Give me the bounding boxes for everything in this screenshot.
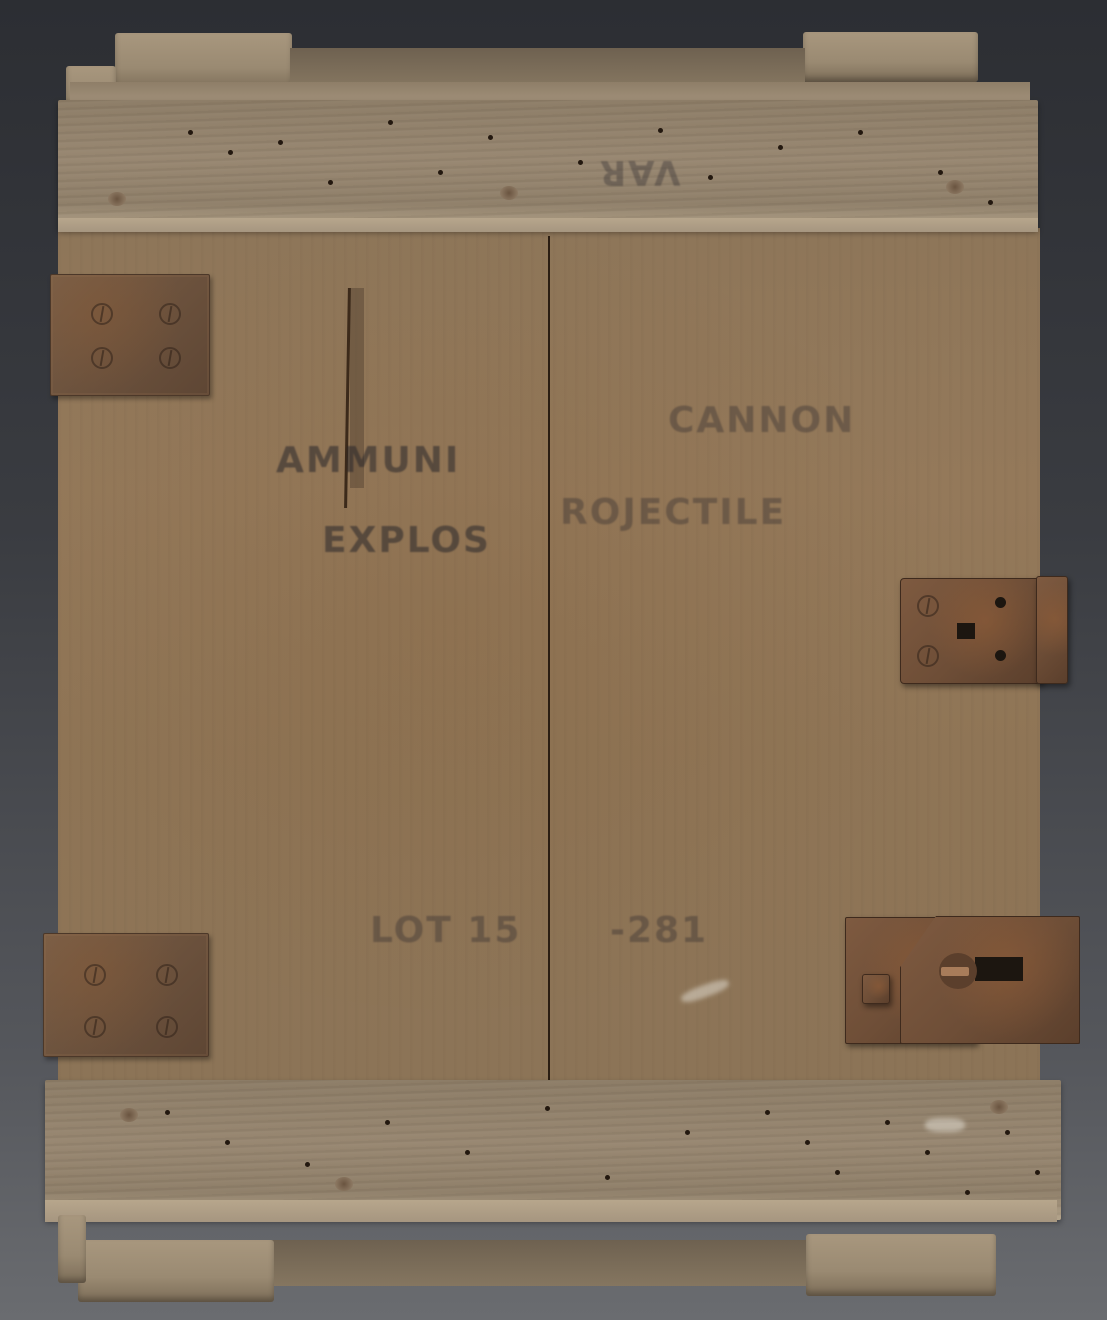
bottom-rear-rail <box>270 1240 815 1286</box>
keyhole-pin <box>941 967 969 976</box>
white-scuff <box>925 1118 965 1132</box>
screw-icon <box>156 964 178 986</box>
keyhole-slot <box>975 957 1023 981</box>
top-right-end-block <box>803 32 978 82</box>
stencil-lot-left: LOT 15 <box>370 910 521 951</box>
hasp-hinge-knuckle <box>1036 576 1068 684</box>
screw-icon <box>917 595 939 617</box>
hinge-plate-bottom-left <box>43 933 209 1057</box>
bottom-batten-lip <box>45 1200 1057 1222</box>
screw-icon <box>84 964 106 986</box>
screw-icon <box>159 347 181 369</box>
bottom-left-corner-stub <box>58 1215 86 1283</box>
stencil-line1-right: CANNON <box>668 400 855 441</box>
rivet-hole <box>995 597 1006 608</box>
hasp-staple-tab <box>862 974 890 1004</box>
screw-icon <box>917 645 939 667</box>
top-batten: VAR <box>58 100 1038 230</box>
stencil-line2-left: EXPLOS <box>322 520 491 561</box>
screw-icon <box>84 1016 106 1038</box>
stencil-lot-right: -281 <box>610 910 708 951</box>
hasp-lock-right <box>900 916 1080 1044</box>
rivet-hole <box>995 650 1006 661</box>
screw-icon <box>91 303 113 325</box>
bottom-left-end-block <box>78 1240 274 1302</box>
screw-icon <box>159 303 181 325</box>
bottom-right-end-block <box>806 1234 996 1296</box>
hinge-plate-top-left <box>50 274 210 396</box>
bottom-batten <box>45 1080 1061 1220</box>
top-batten-lip <box>58 218 1038 232</box>
top-batten-mark: VAR <box>598 152 681 192</box>
center-seam <box>548 236 550 1096</box>
stencil-line1-left: AMMUNI <box>276 440 460 481</box>
screw-icon <box>156 1016 178 1038</box>
square-hole <box>957 623 975 639</box>
top-rear-rail <box>290 48 805 86</box>
top-back-strip <box>70 82 1030 102</box>
screw-icon <box>91 347 113 369</box>
hasp-latch-right <box>900 578 1042 684</box>
stencil-line2-right: ROJECTILE <box>560 492 786 533</box>
